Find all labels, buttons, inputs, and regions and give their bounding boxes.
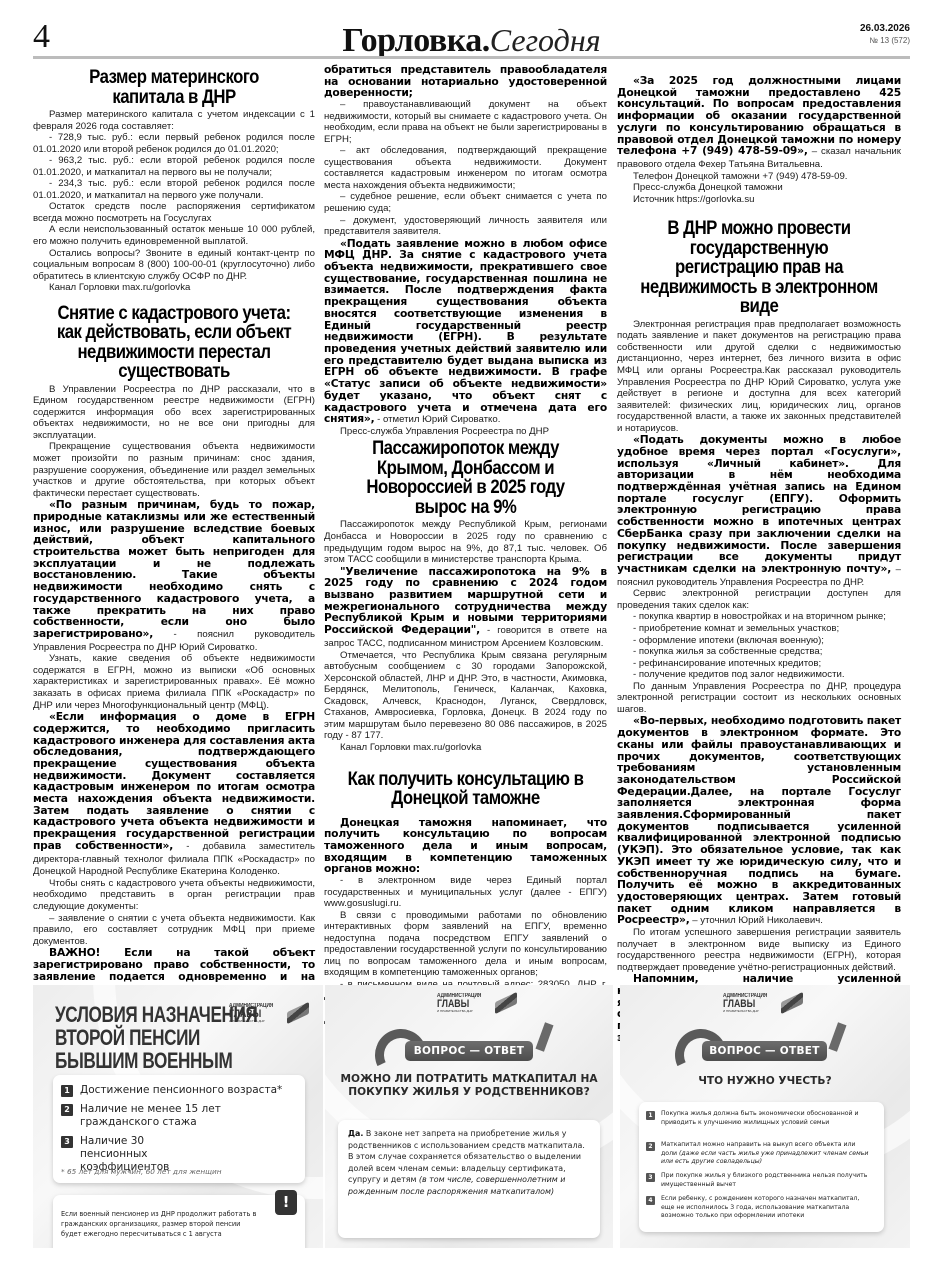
paragraph: Узнать, какие сведения об объекте недвиж… — [33, 653, 315, 711]
rules-card: 1 Покупка жилья должна быть экономически… — [639, 1102, 884, 1232]
list-item: - оформление ипотеки (включая военную); — [617, 635, 901, 647]
issue-info: 26.03.2026 № 13 (572) — [860, 23, 910, 47]
qa-badge: ВОПРОС — ОТВЕТ — [325, 1033, 613, 1063]
masthead: 4 Горловка.Сегодня 26.03.2026 № 13 (572) — [33, 0, 910, 58]
paragraph: Сервис электронной регистрации доступен … — [617, 588, 901, 611]
paragraph: Прекращение существования объекта недвиж… — [33, 441, 315, 499]
quote-paragraph: «Подать заявление можно в любом офисе МФ… — [324, 238, 607, 426]
article-source: Канал Горловки max.ru/gorlovka — [324, 742, 607, 754]
logo-sub: Сегодня — [490, 22, 601, 58]
quote-paragraph: «Подать документы можно в любое удобное … — [617, 434, 901, 588]
flag-icon — [495, 992, 517, 1014]
article-title: Снятие с кадастрового учета: как действо… — [53, 304, 296, 382]
important-paragraph-continued: обратиться представитель правообладателя… — [324, 64, 607, 99]
number-badge: 3 — [61, 1136, 73, 1148]
flag-icon — [781, 992, 803, 1014]
issue-number: № 13 (572) — [860, 35, 910, 47]
quote-paragraph: «По разным причинам, будь то пожар, прир… — [33, 499, 315, 653]
quote: «Подать документы можно в любое удобное … — [617, 433, 901, 575]
paragraph: Остались вопросы? Звоните в единый конта… — [33, 248, 315, 283]
column-3: «За 2025 год должностными лицами Донецко… — [617, 75, 901, 1067]
banner-title: УСЛОВИЯ НАЗНАЧЕНИЯ ВТОРОЙ ПЕНСИИ БЫВШИМ … — [55, 1003, 258, 1072]
paragraph: По данным Управления Росреестра по ДНР, … — [617, 681, 901, 716]
article-title: Размер материнского капитала в ДНР — [53, 68, 296, 107]
quote: «Подать заявление можно в любом офисе МФ… — [324, 237, 607, 426]
paragraph: Электронная регистрация прав предполагае… — [617, 319, 901, 434]
conditions-card: 1 Достижение пенсионного возраста* 2 Нал… — [53, 1075, 305, 1183]
paragraph: – документ, удостоверяющий личность заяв… — [324, 215, 607, 238]
paragraph: – правоустанавливающий документ на объек… — [324, 99, 607, 145]
article-passengers: Пассажиропоток между Крымом, Донбассом и… — [324, 439, 607, 753]
paragraph: Пассажиропоток между Республикой Крым, р… — [324, 519, 607, 565]
paragraph: Отмечается, что Республика Крым связана … — [324, 650, 607, 742]
banner-qa-matcap: АДМИНИСТРАЦИЯ ГЛАВЫ И ПРАВИТЕЛЬСТВА ДНР … — [325, 985, 613, 1248]
number-badge: 3 — [646, 1173, 655, 1182]
paragraph: – акт обследования, подтверждающий прекр… — [324, 145, 607, 191]
quote-paragraph: «Во-первых, необходимо подготовить пакет… — [617, 715, 901, 927]
quote: «Во-первых, необходимо подготовить пакет… — [617, 714, 901, 926]
quote-paragraph: "Увеличение пассажиропотока на 9% в 2025… — [324, 566, 607, 650]
list-item: - покупка жилья за собственные средства; — [617, 646, 901, 658]
paragraph: По итогам успешного завершения регистрац… — [617, 927, 901, 973]
article-title: В ДНР можно провести государственную рег… — [637, 219, 881, 317]
rule-item: 3 При покупке жилья у близкого родственн… — [646, 1172, 871, 1189]
government-logo: АДМИНИСТРАЦИЯ ГЛАВЫ И ПРАВИТЕЛЬСТВА ДНР — [723, 993, 803, 1013]
qa-badge-label: ВОПРОС — ОТВЕТ — [702, 1041, 827, 1061]
paragraph: - в электронном виде через Единый портал… — [324, 875, 607, 910]
paragraph: В связи с проводимыми работами по обновл… — [324, 910, 607, 979]
logo-main: Горловка. — [342, 22, 489, 59]
number-badge: 2 — [646, 1142, 655, 1151]
note-text: Если военный пенсионер из ДНР продолжит … — [61, 1209, 261, 1240]
paragraph: Остаток средств после распоряжения серти… — [33, 201, 315, 224]
rule-item: 4 Если ребенку, с рождением которого наз… — [646, 1195, 871, 1221]
answer-card: Да. В законе нет запрета на приобретение… — [338, 1120, 600, 1238]
quote-paragraph: «Если информация о доме в ЕГРН содержитс… — [33, 711, 315, 878]
quote: «За 2025 год должностными лицами Донецко… — [617, 74, 901, 157]
number-badge: 4 — [646, 1196, 655, 1205]
paragraph: - 728,9 тыс. руб.: если первый ребенок р… — [33, 132, 315, 155]
footnote: * 65 лет для мужчин, 60 лет для женщин — [61, 1167, 222, 1176]
paragraph: - 963,2 тыс. руб.: если второй ребенок р… — [33, 155, 315, 178]
article-source: Пресс-служба Управления Росреестра по ДН… — [324, 426, 607, 438]
list-item: - покупка квартир в новостройках и на вт… — [617, 611, 901, 623]
column-2: обратиться представитель правообладателя… — [324, 64, 607, 1025]
paragraph: – судебное решение, если объект снимаетс… — [324, 191, 607, 214]
newspaper-logo: Горловка.Сегодня — [33, 20, 910, 67]
article-matcap: Размер материнского капитала в ДНР Разме… — [33, 68, 315, 294]
paragraph: Размер материнского капитала с учетом ин… — [33, 109, 315, 132]
list-item: - приобретение комнат и земельных участк… — [617, 623, 901, 635]
paragraph: В Управлении Росреестра по ДНР рассказал… — [33, 384, 315, 442]
quote: «Если информация о доме в ЕГРН содержитс… — [33, 710, 315, 852]
paragraph: Чтобы снять с кадастрового учета объекты… — [33, 878, 315, 913]
issue-date: 26.03.2026 — [860, 23, 910, 35]
answer-text: Да. В законе нет запрета на приобретение… — [348, 1128, 590, 1198]
number-badge: 1 — [646, 1111, 655, 1120]
quote-attribution: - отметил Юрий Сироватко. — [375, 414, 501, 425]
condition-item: 1 Достижение пенсионного возраста* — [61, 1084, 282, 1097]
article-source: Источник https://gorlovka.su — [617, 194, 901, 206]
column-1: Размер материнского капитала в ДНР Разме… — [33, 66, 315, 1053]
qa-badge-label: ВОПРОС — ОТВЕТ — [405, 1041, 533, 1061]
number-badge: 2 — [61, 1104, 73, 1116]
rule-item: 1 Покупка жилья должна быть экономически… — [646, 1110, 871, 1127]
quote: «По разным причинам, будь то пожар, прир… — [33, 498, 315, 640]
contact-phone: Телефон Донецкой таможни +7 (949) 478-59… — [617, 171, 901, 183]
article-source: Канал Горловки max.ru/gorlovka — [33, 282, 315, 294]
article-cadastre-continued: обратиться представитель правообладателя… — [324, 64, 607, 437]
list-item: - получение кредитов под залог недвижимо… — [617, 669, 901, 681]
article-eregistration: В ДНР можно провести государственную рег… — [617, 219, 901, 1066]
number-badge: 1 — [61, 1085, 73, 1097]
article-customs-continued: «За 2025 год должностными лицами Донецко… — [617, 75, 901, 205]
header-rule — [33, 56, 910, 59]
article-title: Пассажиропоток между Крымом, Донбассом и… — [344, 439, 587, 517]
paragraph: - 234,3 тыс. руб.: если второй ребенок р… — [33, 178, 315, 201]
condition-item: 2 Наличие не менее 15 лет гражданского с… — [61, 1103, 241, 1129]
paragraph: А если неиспользованный остаток меньше 1… — [33, 224, 315, 247]
quote-paragraph: «За 2025 год должностными лицами Донецко… — [617, 75, 901, 171]
question-title: МОЖНО ЛИ ПОТРАТИТЬ МАТКАПИТАЛ НА ПОКУПКУ… — [333, 1073, 605, 1099]
quote-paragraph: Донецкая таможня напоминает, что получит… — [324, 817, 607, 876]
question-title: ЧТО НУЖНО УЧЕСТЬ? — [628, 1075, 902, 1088]
list-item: - рефинансирование ипотечных кредитов; — [617, 658, 901, 670]
quote-attribution: – уточнил Юрий Николаевич. — [690, 915, 823, 926]
paragraph: – заявление о снятии с учета объекта нед… — [33, 913, 315, 948]
exclamation-icon: ! — [275, 1190, 297, 1215]
rule-item: 2 Маткапитал можно направить на выкуп вс… — [646, 1141, 871, 1167]
banner-pension: УСЛОВИЯ НАЗНАЧЕНИЯ ВТОРОЙ ПЕНСИИ БЫВШИМ … — [33, 985, 323, 1248]
article-cadastre: Снятие с кадастрового учета: как действо… — [33, 304, 315, 1053]
banner-qa-consider: АДМИНИСТРАЦИЯ ГЛАВЫ И ПРАВИТЕЛЬСТВА ДНР … — [620, 985, 910, 1248]
flag-icon — [287, 1002, 309, 1024]
government-logo: АДМИНИСТРАЦИЯ ГЛАВЫ И ПРАВИТЕЛЬСТВА ДНР — [229, 1003, 309, 1023]
article-press: Пресс-служба Донецкой таможни — [617, 182, 901, 194]
note-card: Если военный пенсионер из ДНР продолжит … — [53, 1195, 305, 1248]
article-title: Как получить консультацию в Донецкой там… — [344, 770, 587, 809]
newspaper-page: 4 Горловка.Сегодня 26.03.2026 № 13 (572)… — [0, 0, 928, 1280]
qa-badge: ВОПРОС — ОТВЕТ — [620, 1033, 910, 1063]
government-logo: АДМИНИСТРАЦИЯ ГЛАВЫ И ПРАВИТЕЛЬСТВА ДНР — [437, 993, 517, 1013]
